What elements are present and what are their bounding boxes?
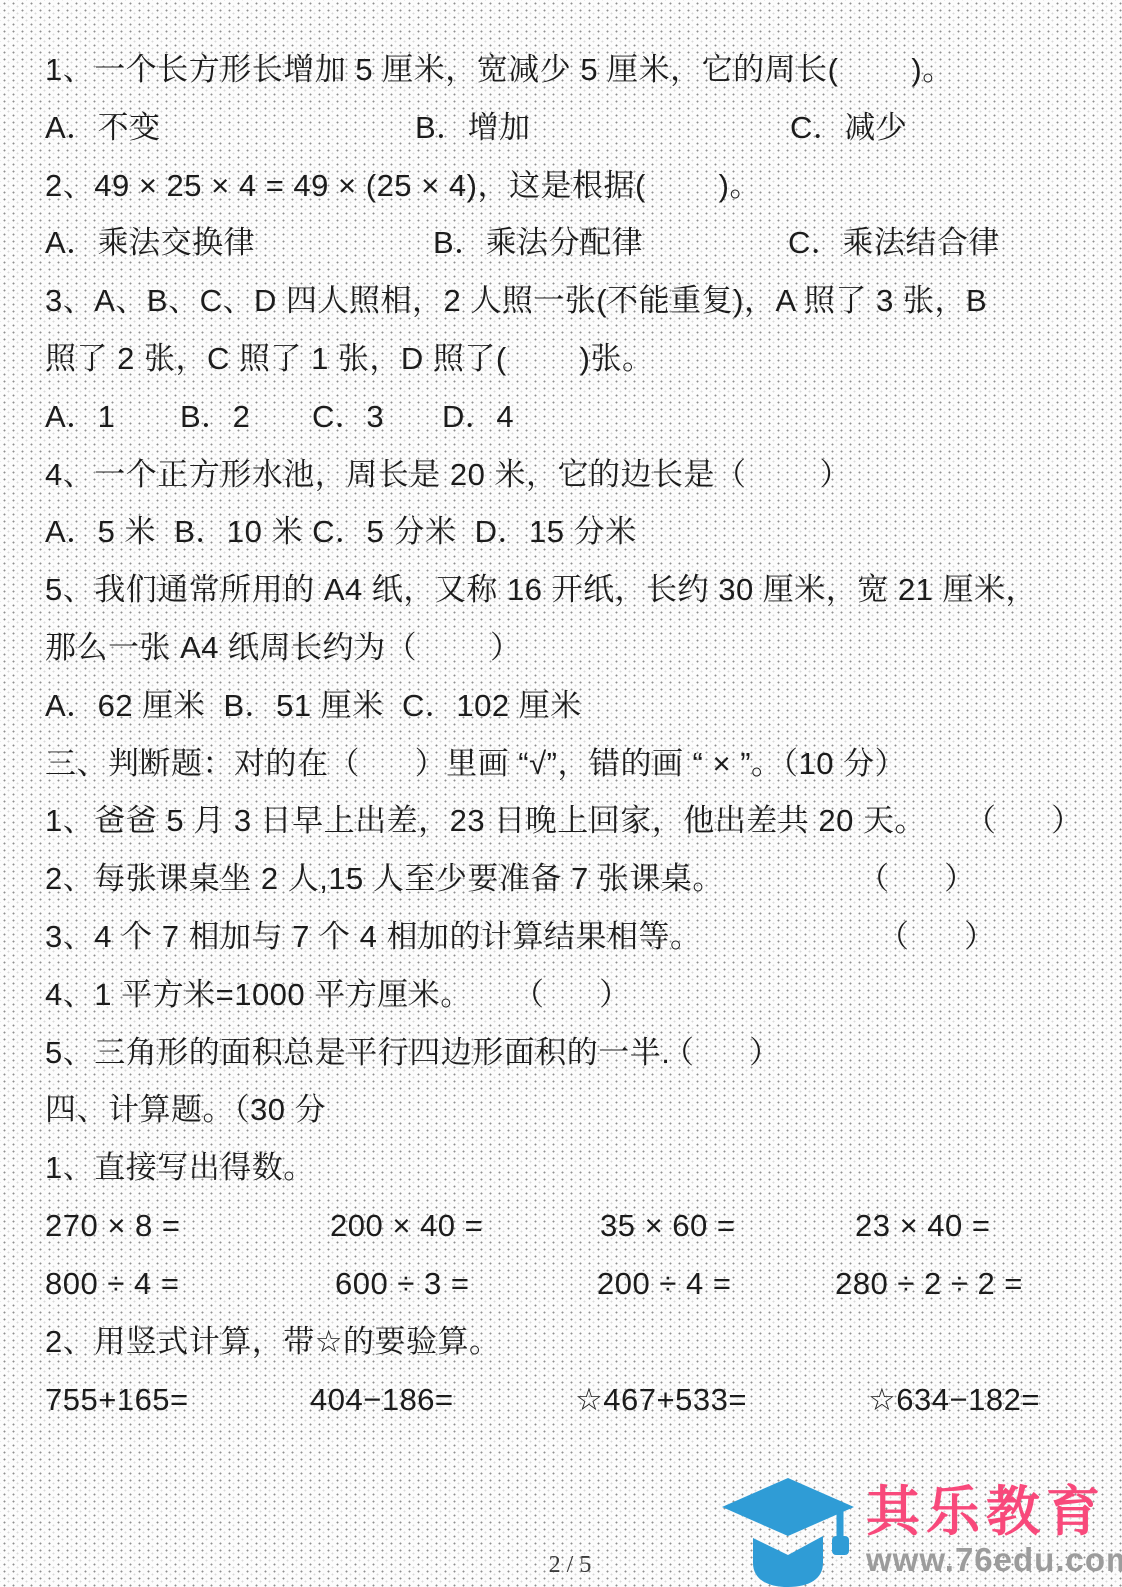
text-segment: A．1: [45, 388, 115, 446]
text-segment: 5、我们通常所用的 A4 纸，又称 16 开纸，长约 30 厘米，宽 21 厘米…: [45, 561, 1037, 619]
text-segment: 四、计算题。（30 分: [45, 1081, 326, 1139]
text-segment: 1、直接写出得数。: [45, 1139, 315, 1197]
text-segment: 那么一张 A4 纸周长约为（ ）: [45, 619, 522, 677]
text-segment: A．5 米 B．10 米 C．5 分米 D．15 分米: [45, 503, 637, 561]
worksheet-line: 5、三角形的面积总是平行四边形面积的一半.（ ）: [0, 1024, 1122, 1082]
text-segment: 1、爸爸 5 月 3 日早上出差，23 日晚上回家，他出差共 20 天。: [45, 792, 926, 850]
worksheet-line: A．5 米 B．10 米 C．5 分米 D．15 分米: [0, 503, 1122, 561]
page-number: 2 / 5: [530, 1552, 610, 1579]
worksheet-line: 2、每张课桌坐 2 人,15 人至少要准备 7 张课桌。（ ）: [0, 850, 1122, 908]
text-segment: （ ）: [513, 966, 631, 1024]
text-segment: 755+165=: [45, 1371, 189, 1429]
text-segment: 3、4 个 7 相加与 7 个 4 相加的计算结果相等。: [45, 908, 702, 966]
text-segment: B．增加: [415, 99, 531, 157]
text-segment: 200 ÷ 4 =: [597, 1255, 731, 1313]
worksheet-line: 1、直接写出得数。: [0, 1139, 1122, 1197]
text-segment: 800 ÷ 4 =: [45, 1255, 179, 1313]
text-segment: B．乘法分配律: [433, 214, 643, 272]
worksheet-line: 3、A、B、C、D 四人照相，2 人照一张(不能重复)，A 照了 3 张，B: [0, 272, 1122, 330]
text-segment: ☆634−182=: [868, 1371, 1040, 1429]
worksheet-line: 2、49 × 25 × 4 = 49 × (25 × 4)，这是根据( )。: [0, 157, 1122, 215]
text-segment: ☆467+533=: [575, 1371, 747, 1429]
text-segment: 照了 2 张，C 照了 1 张，D 照了( )张。: [45, 330, 653, 388]
worksheet-line: 4、一个正方形水池，周长是 20 米，它的边长是（ ）: [0, 446, 1122, 504]
text-segment: A．乘法交换律: [45, 214, 255, 272]
text-segment: 3、A、B、C、D 四人照相，2 人照一张(不能重复)，A 照了 3 张，B: [45, 272, 987, 330]
text-segment: 200 × 40 =: [330, 1197, 483, 1255]
worksheet-line: 800 ÷ 4 =600 ÷ 3 =200 ÷ 4 =280 ÷ 2 ÷ 2 =: [0, 1255, 1122, 1313]
text-segment: 35 × 60 =: [600, 1197, 736, 1255]
text-segment: 23 × 40 =: [855, 1197, 991, 1255]
text-segment: 2、49 × 25 × 4 = 49 × (25 × 4)，这是根据( )。: [45, 157, 761, 215]
worksheet-line: 照了 2 张，C 照了 1 张，D 照了( )张。: [0, 330, 1122, 388]
text-segment: D．4: [442, 388, 514, 446]
worksheet-line: 1、一个长方形长增加 5 厘米，宽减少 5 厘米，它的周长( )。: [0, 41, 1122, 99]
worksheet-page: 1、一个长方形长增加 5 厘米，宽减少 5 厘米，它的周长( )。A．不变B．增…: [0, 0, 1122, 1587]
text-segment: C．3: [312, 388, 384, 446]
text-segment: 1、一个长方形长增加 5 厘米，宽减少 5 厘米，它的周长( )。: [45, 41, 954, 99]
text-segment: B．2: [180, 388, 250, 446]
worksheet-line: A．不变B．增加C．减少: [0, 99, 1122, 157]
text-segment: 280 ÷ 2 ÷ 2 =: [835, 1255, 1023, 1313]
text-segment: 2、用竖式计算，带☆的要验算。: [45, 1313, 501, 1371]
text-segment: A．不变: [45, 99, 161, 157]
worksheet-line: 755+165=404−186=☆467+533=☆634−182=: [0, 1371, 1122, 1429]
text-segment: 三、判断题：对的在（ ）里画 “√”，错的画 “ × ”。（10 分）: [45, 735, 906, 793]
text-segment: A．62 厘米 B．51 厘米 C．102 厘米: [45, 677, 582, 735]
text-segment: （ ）: [878, 908, 996, 966]
worksheet-line: A．62 厘米 B．51 厘米 C．102 厘米: [0, 677, 1122, 735]
website-url: www.76edu.com: [866, 1540, 1122, 1580]
worksheet-line: 5、我们通常所用的 A4 纸，又称 16 开纸，长约 30 厘米，宽 21 厘米…: [0, 561, 1122, 619]
text-segment: C．乘法结合律: [788, 214, 1000, 272]
worksheet-line: 270 × 8 =200 × 40 =35 × 60 =23 × 40 =: [0, 1197, 1122, 1255]
brand-name: 其乐教育: [866, 1484, 1106, 1540]
text-segment: 2、每张课桌坐 2 人,15 人至少要准备 7 张课桌。: [45, 850, 724, 908]
text-segment: （ ）: [858, 850, 976, 908]
worksheet-line: 1、爸爸 5 月 3 日早上出差，23 日晚上回家，他出差共 20 天。（ ）: [0, 792, 1122, 850]
worksheet-line: 四、计算题。（30 分: [0, 1081, 1122, 1139]
worksheet-line: A．1B．2C．3D．4: [0, 388, 1122, 446]
publisher-logo: 其乐教育 www.76edu.com: [722, 1476, 1122, 1587]
worksheet-line: 三、判断题：对的在（ ）里画 “√”，错的画 “ × ”。（10 分）: [0, 735, 1122, 793]
text-segment: 4、1 平方米=1000 平方厘米。: [45, 966, 472, 1024]
text-segment: 5、三角形的面积总是平行四边形面积的一半.: [45, 1024, 670, 1082]
worksheet-line: 3、4 个 7 相加与 7 个 4 相加的计算结果相等。（ ）: [0, 908, 1122, 966]
worksheet-line: A．乘法交换律B．乘法分配律C．乘法结合律: [0, 214, 1122, 272]
worksheet-line: 那么一张 A4 纸周长约为（ ）: [0, 619, 1122, 677]
worksheet-line: 2、用竖式计算，带☆的要验算。: [0, 1313, 1122, 1371]
text-segment: 4、一个正方形水池，周长是 20 米，它的边长是（ ）: [45, 446, 851, 504]
text-segment: C．减少: [790, 99, 907, 157]
text-segment: 404−186=: [310, 1371, 454, 1429]
logo-text-block: 其乐教育 www.76edu.com: [866, 1484, 1122, 1580]
worksheet-line: 4、1 平方米=1000 平方厘米。（ ）: [0, 966, 1122, 1024]
text-segment: 270 × 8 =: [45, 1197, 181, 1255]
text-segment: （ ）: [663, 1024, 781, 1082]
text-segment: （ ）: [965, 792, 1083, 850]
graduation-cap-icon: [722, 1476, 856, 1587]
text-segment: 600 ÷ 3 =: [335, 1255, 469, 1313]
